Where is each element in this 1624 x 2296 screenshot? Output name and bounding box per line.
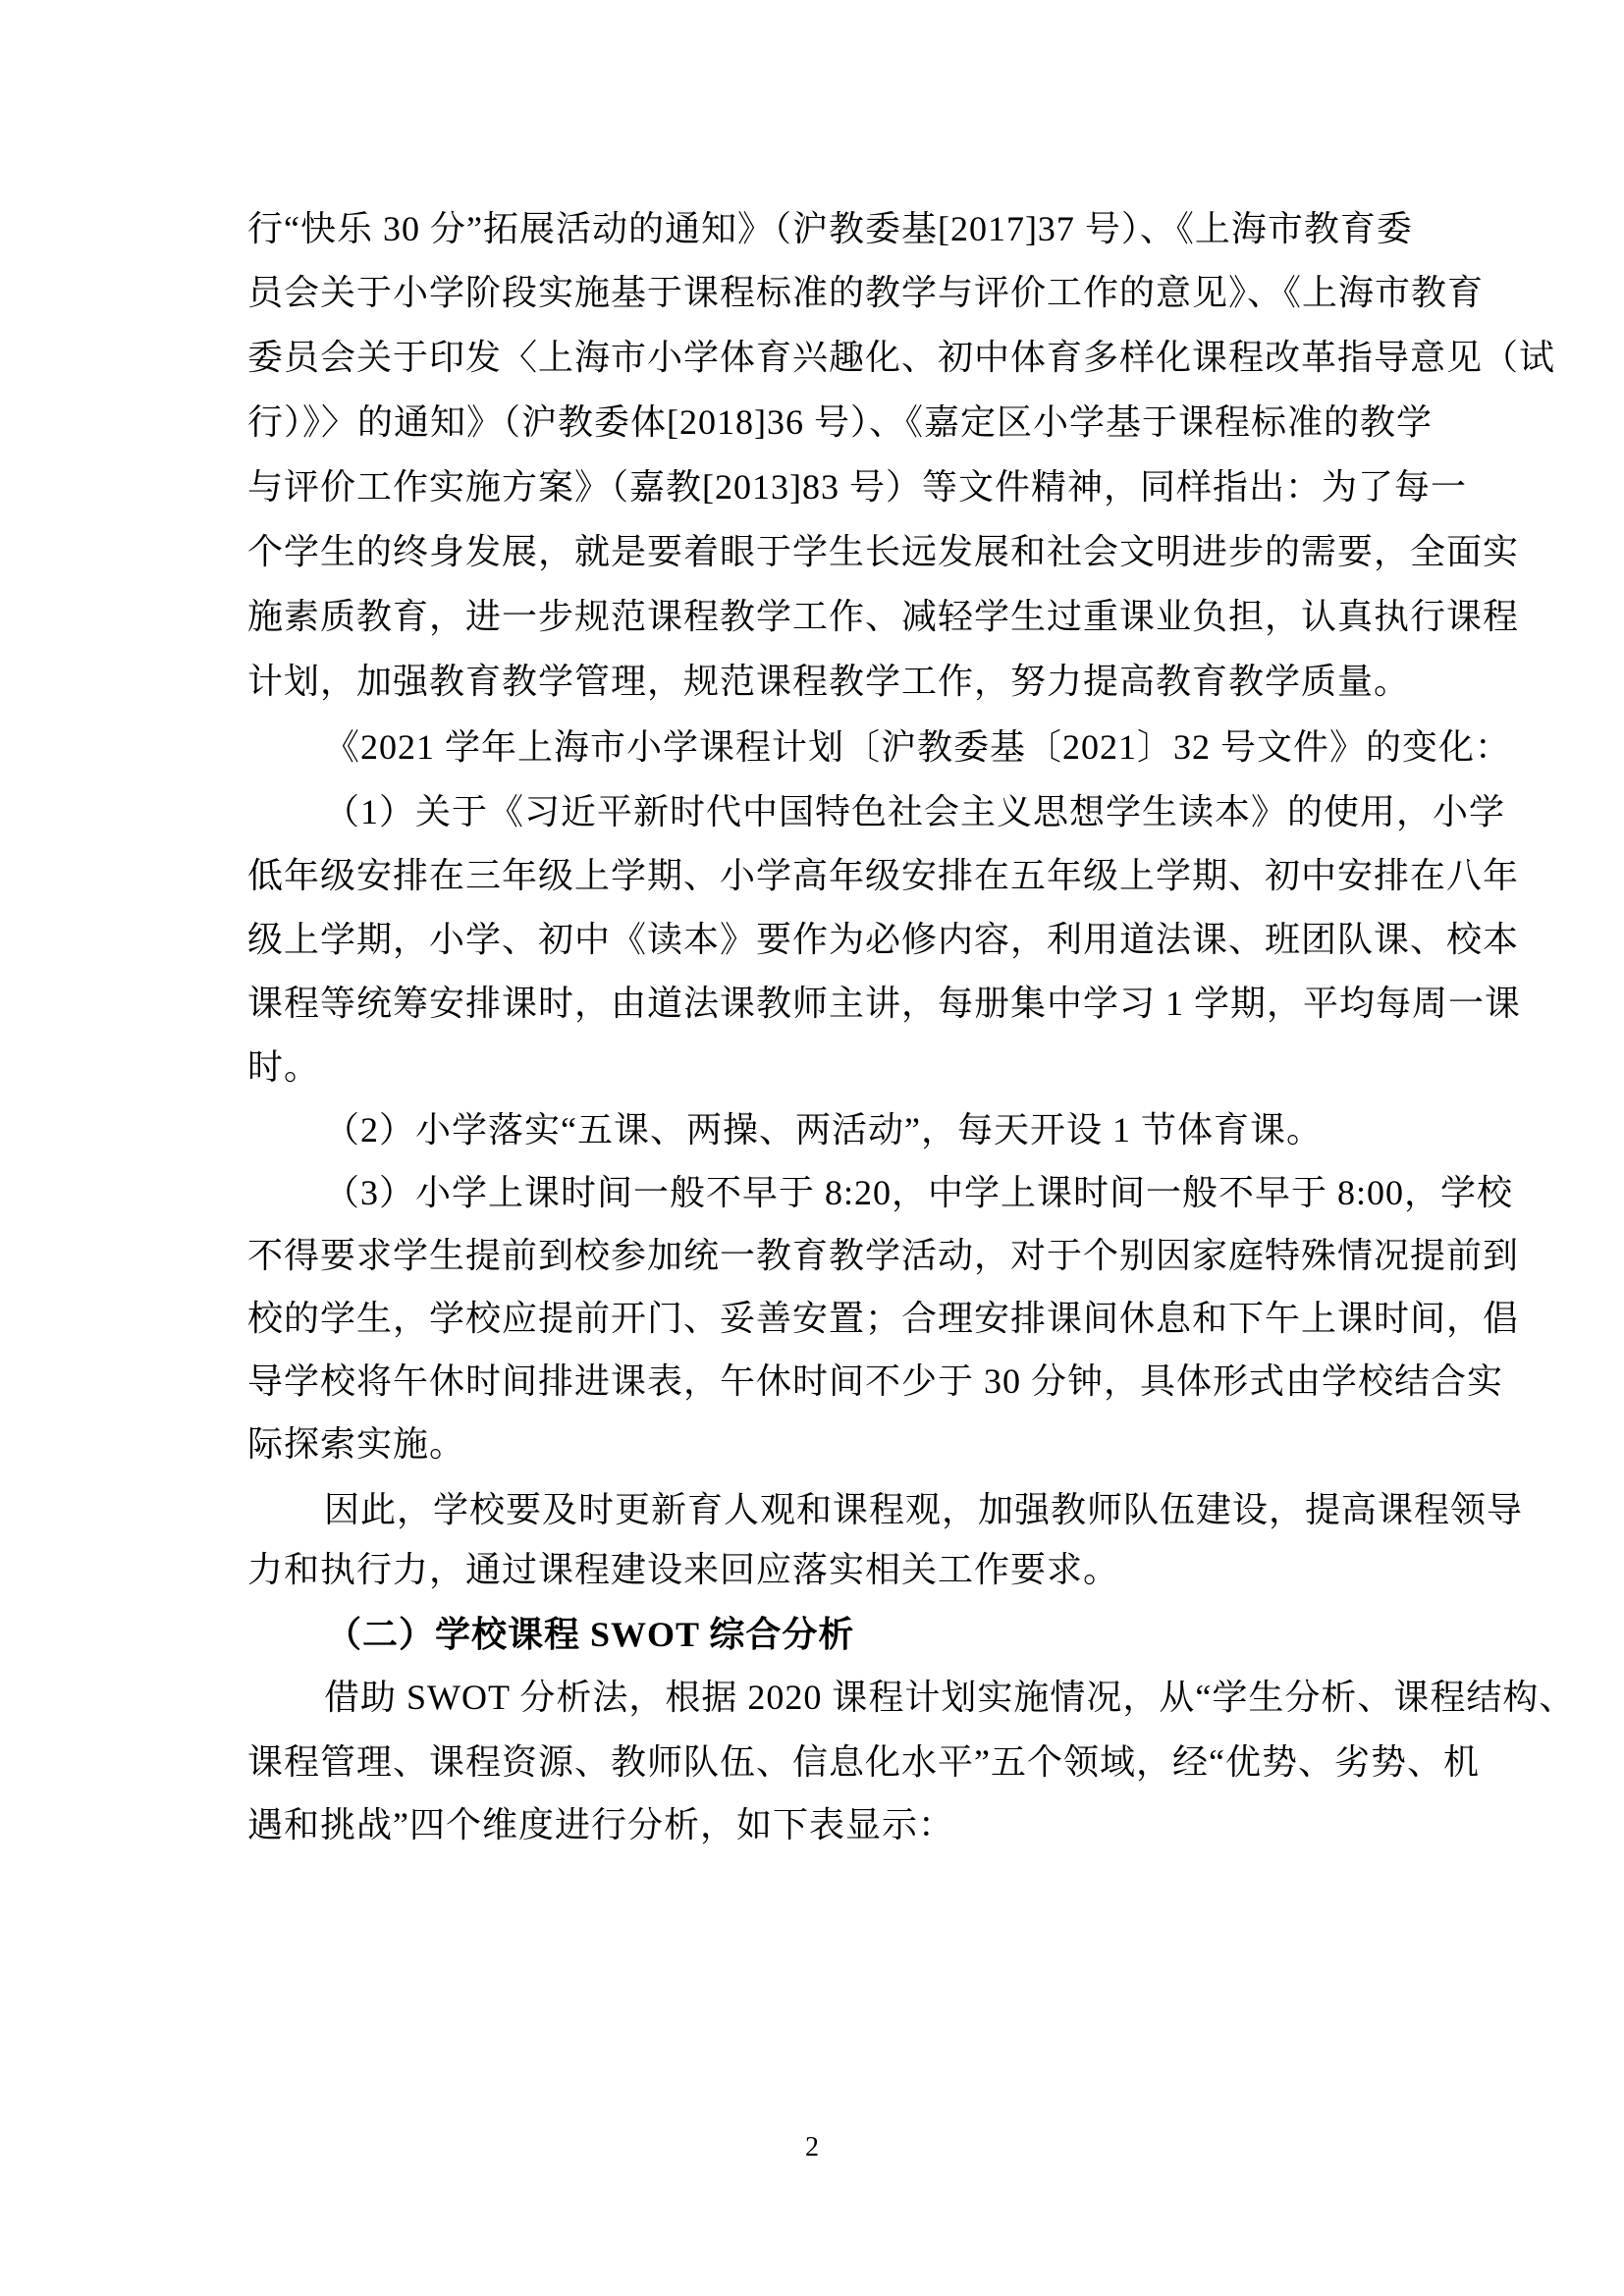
paragraph-1-line-7: 施素质教育，进一步规范课程教学工作、减轻学生过重课业负担，认真执行课程 xyxy=(247,592,1375,641)
paragraph-1-line-4: 行）》〉的通知》（沪教委体[2018]36 号）、《嘉定区小学基于课程标准的教学 xyxy=(247,398,1375,447)
paragraph-1-line-8: 计划，加强教育教学管理，规范课程教学工作，努力提高教育教学质量。 xyxy=(247,657,1375,706)
paragraph-1-line-5: 与评价工作实施方案》（嘉教[2013]83 号）等文件精神，同样指出：为了每一 xyxy=(247,462,1375,511)
paragraph-4-line-1: （2）小学落实“五课、两操、两活动”，每天开设 1 节体育课。 xyxy=(324,1105,1375,1154)
paragraph-7-line-3: 遇和挑战”四个维度进行分析，如下表显示： xyxy=(247,1800,1375,1849)
paragraph-3-line-4: 课程等统筹安排课时，由道法课教师主讲，每册集中学习 1 学期，平均每周一课 xyxy=(247,979,1375,1028)
paragraph-1-line-1: 行“快乐 30 分”拓展活动的通知》（沪教委基[2017]37 号）、《上海市教… xyxy=(247,204,1375,253)
paragraph-6-line-1: 因此，学校要及时更新育人观和课程观，加强教师队伍建设，提高课程领导 xyxy=(324,1485,1375,1534)
paragraph-2-line-1: 《2021 学年上海市小学课程计划〔沪教委基〔2021〕32 号文件》的变化： xyxy=(324,722,1375,772)
paragraph-3-line-5: 时。 xyxy=(247,1042,1375,1092)
paragraph-5-line-4: 导学校将午休时间排进课表，午休时间不少于 30 分钟，具体形式由学校结合实 xyxy=(247,1357,1375,1406)
paragraph-5-line-3: 校的学生，学校应提前开门、妥善安置；合理安排课间休息和下午上课时间，倡 xyxy=(247,1294,1375,1343)
paragraph-7-line-1: 借助 SWOT 分析法，根据 2020 课程计划实施情况，从“学生分析、课程结构… xyxy=(324,1673,1375,1722)
paragraph-5-line-5: 际探索实施。 xyxy=(247,1419,1375,1468)
paragraph-3-line-2: 低年级安排在三年级上学期、小学高年级安排在五年级上学期、初中安排在八年 xyxy=(247,851,1375,900)
paragraph-3-line-3: 级上学期，小学、初中《读本》要作为必修内容，利用道法课、班团队课、校本 xyxy=(247,915,1375,964)
paragraph-6-line-2: 力和执行力，通过课程建设来回应落实相关工作要求。 xyxy=(247,1545,1375,1594)
section-heading: （二）学校课程 SWOT 综合分析 xyxy=(326,1610,1375,1659)
paragraph-5-line-1: （3）小学上课时间一般不早于 8:20，中学上课时间一般不早于 8:00，学校 xyxy=(324,1168,1375,1217)
paragraph-1-line-2: 员会关于小学阶段实施基于课程标准的教学与评价工作的意见》、《上海市教育 xyxy=(247,268,1375,317)
paragraph-3-line-1: （1）关于《习近平新时代中国特色社会主义思想学生读本》的使用，小学 xyxy=(324,787,1375,836)
paragraph-5-line-2: 不得要求学生提前到校参加统一教育教学活动，对于个别因家庭特殊情况提前到 xyxy=(247,1231,1375,1280)
document-page: 行“快乐 30 分”拓展活动的通知》（沪教委基[2017]37 号）、《上海市教… xyxy=(0,0,1624,2296)
paragraph-1-line-3: 委员会关于印发〈上海市小学体育兴趣化、初中体育多样化课程改革指导意见（试 xyxy=(247,333,1375,382)
paragraph-1-line-6: 个学生的终身发展，就是要着眼于学生长远发展和社会文明进步的需要，全面实 xyxy=(247,527,1375,576)
paragraph-7-line-2: 课程管理、课程资源、教师队伍、信息化水平”五个领域，经“优势、劣势、机 xyxy=(247,1737,1375,1787)
page-number: 2 xyxy=(797,2128,827,2167)
